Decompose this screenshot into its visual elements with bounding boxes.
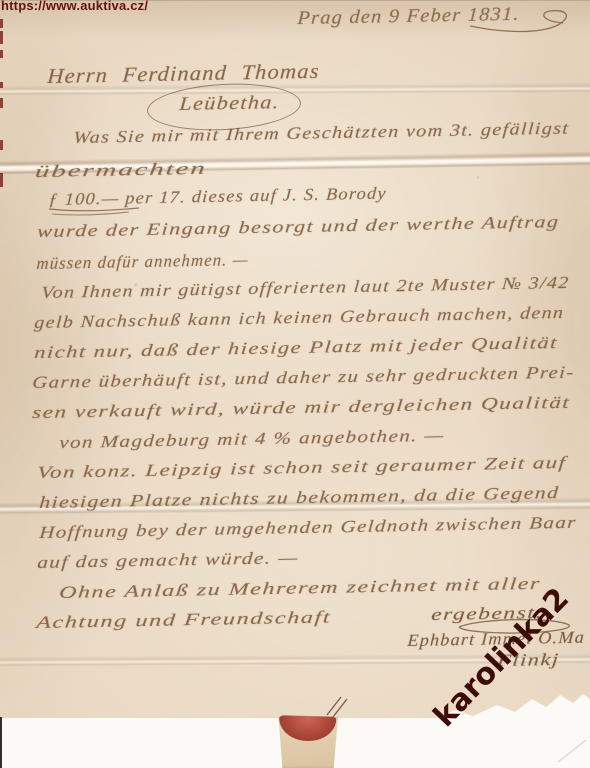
- scan-edge-artifact: [0, 19, 3, 28]
- scanned-letter: Prag den 9 Feber 1831.Herrn Ferdinand Th…: [0, 0, 590, 768]
- handwritten-line: müssen dafür annehmen. —: [36, 250, 249, 274]
- dateline: Prag den 9 Feber 1831.: [297, 4, 521, 30]
- scan-edge-artifact: [0, 717, 2, 768]
- scan-edge-artifact: [0, 82, 3, 88]
- recipient-name: Herrn Ferdinand Thomas: [47, 59, 321, 89]
- auktiva-url-watermark: https://www.auktiva.cz/: [1, 0, 148, 13]
- handwritten-line: übermachten: [34, 159, 208, 182]
- scan-edge-artifact: [0, 50, 3, 58]
- scan-edge-artifact: [0, 140, 3, 150]
- scan-edge-artifact: [0, 173, 3, 187]
- scan-edge-artifact: [0, 31, 3, 44]
- scan-edge-artifact: [0, 98, 3, 108]
